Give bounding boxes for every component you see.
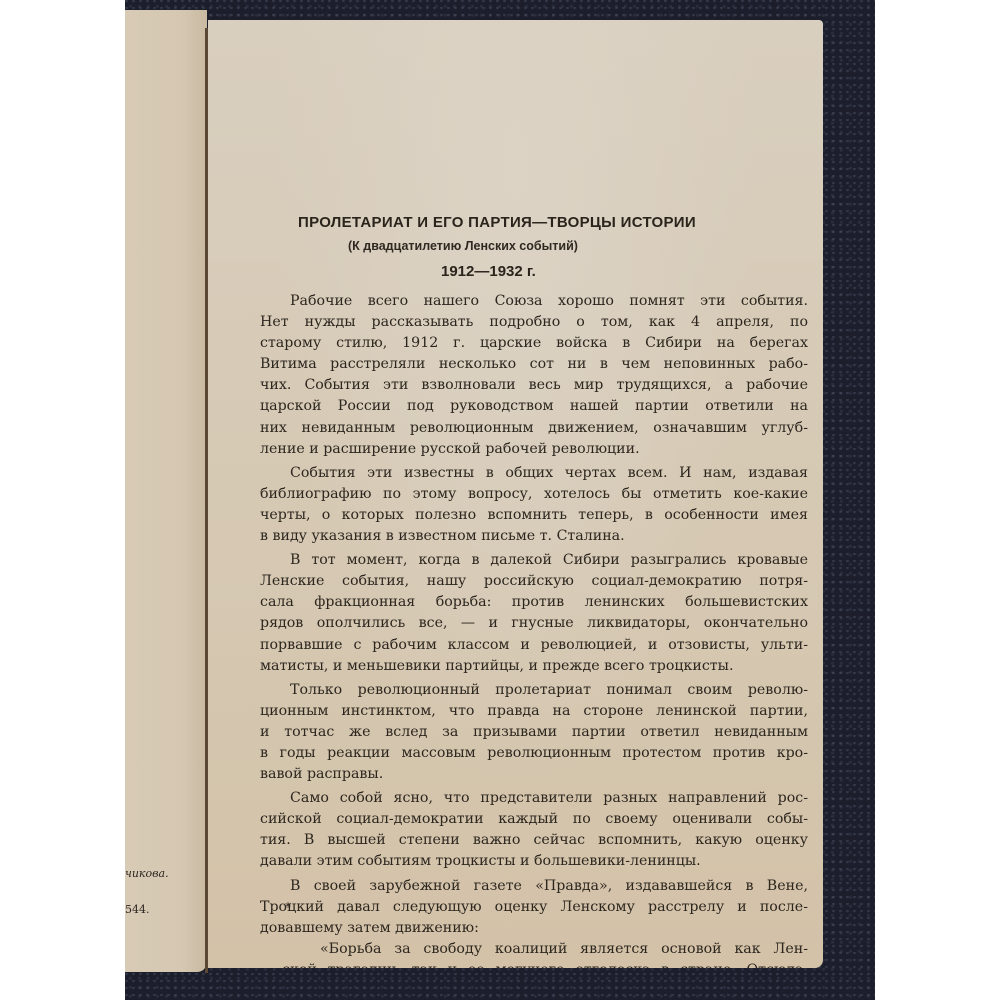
left-page-number-fragment: 544. bbox=[125, 903, 150, 916]
chapter-subtitle: (К двадцатилетию Ленских событий) bbox=[348, 239, 578, 253]
left-page: чикова. 544. bbox=[125, 10, 207, 972]
text-line: рядов ополчились все, — и гнусные ликвид… bbox=[260, 613, 808, 634]
text-line: Только революционный пролетариат понимал… bbox=[260, 680, 808, 701]
text-line: царской России под руководством нашей па… bbox=[260, 396, 808, 417]
text-line: События эти известны в общих чертах всем… bbox=[260, 463, 808, 484]
text-line: В своей зарубежной газете «Правда», изда… bbox=[260, 876, 808, 897]
text-line: ление и расширение русской рабочей револ… bbox=[260, 439, 808, 460]
text-line: Нет нужды рассказывать подробно о том, к… bbox=[260, 312, 808, 333]
text-line: довавшему затем движению: bbox=[260, 918, 808, 939]
text-line: в виду указания в известном письме т. Ст… bbox=[260, 526, 808, 547]
text-line: В тот момент, когда в далекой Сибири раз… bbox=[260, 550, 808, 571]
body-text: Рабочие всего нашего Союза хорошо помнят… bbox=[260, 291, 808, 981]
text-line: порвавшие с рабочим классом и революцией… bbox=[260, 635, 808, 656]
text-line: черты, о которых полезно вспомнить тепер… bbox=[260, 505, 808, 526]
right-page: ПРОЛЕТАРИАТ И ЕГО ПАРТИЯ—ТВОРЦЫ ИСТОРИИ … bbox=[208, 20, 823, 968]
text-line: чих. События эти взволновали весь мир тр… bbox=[260, 375, 808, 396]
text-line: Рабочие всего нашего Союза хорошо помнят… bbox=[260, 291, 808, 312]
text-line: библиографию по этому вопросу, хотелось … bbox=[260, 484, 808, 505]
text-line: сала фракционная борьба: против ленински… bbox=[260, 592, 808, 613]
text-line: Троцкий давал следующую оценку Ленскому … bbox=[260, 897, 808, 918]
text-line: в годы реакции массовым революционным пр… bbox=[260, 743, 808, 764]
quote-line: «Борьба за свободу коалиций является осн… bbox=[260, 939, 808, 960]
left-page-text-fragment: чикова. bbox=[125, 867, 169, 880]
text-line: матисты, и меньшевики партийцы, и прежде… bbox=[260, 656, 808, 677]
text-line: Само собой ясно, что представители разны… bbox=[260, 788, 808, 809]
book-spine bbox=[205, 28, 208, 973]
text-line: старому стилю, 1912 г. царские войска в … bbox=[260, 333, 808, 354]
text-line: сийской социал-демократии каждый по свое… bbox=[260, 809, 808, 830]
chapter-years: 1912—1932 г. bbox=[441, 263, 536, 280]
text-line: тия. В высшей степени важно сейчас вспом… bbox=[260, 830, 808, 851]
book-photo: чикова. 544. ПРОЛЕТАРИАТ И ЕГО ПАРТИЯ—ТВ… bbox=[125, 0, 875, 1000]
text-line: вавой расправы. bbox=[260, 764, 808, 785]
text-line: Ленские события, нашу российскую социал-… bbox=[260, 571, 808, 592]
text-line: ционным инстинктом, что правда на сторон… bbox=[260, 701, 808, 722]
chapter-title: ПРОЛЕТАРИАТ И ЕГО ПАРТИЯ—ТВОРЦЫ ИСТОРИИ bbox=[298, 214, 768, 231]
quote-line: ской трагедии, так и ее могучего отголос… bbox=[260, 960, 808, 981]
footer-signature-mark: * bbox=[285, 900, 291, 914]
text-line: давали этим событиям троцкисты и большев… bbox=[260, 851, 808, 872]
text-line: и тотчас же вслед за призывами партии от… bbox=[260, 722, 808, 743]
text-line: Витима расстреляли несколько сот ни в че… bbox=[260, 354, 808, 375]
page-number: 3 bbox=[868, 894, 875, 915]
text-line: них невиданным революционным движением, … bbox=[260, 418, 808, 439]
